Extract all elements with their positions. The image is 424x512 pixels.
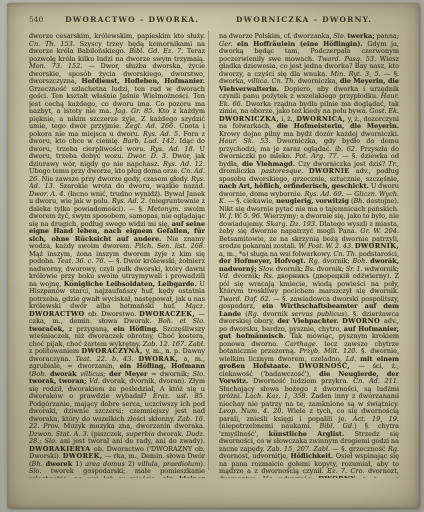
right-column-text: na dworze Polskim, cf. dworzanka, Slo. t… xyxy=(219,33,399,478)
left-column-text: dworze cesarskim, królewskim, papieskim … xyxy=(29,33,205,478)
page-number: 540 xyxy=(29,15,43,24)
running-head-left: 540 DWORACTWO – DWORKA. xyxy=(29,15,207,24)
page-content: 540 DWORACTWO – DWORKA. DWORNICZKA – DWO… xyxy=(7,3,419,508)
running-head: 540 DWORACTWO – DWORKA. DWORNICZKA – DWO… xyxy=(7,15,419,29)
text-run: DWORNY, xyxy=(318,475,362,479)
text-run: Hg. xyxy=(262,475,279,479)
running-title-left: DWORACTWO – DWORKA. xyxy=(57,15,207,24)
running-title-right: DWORNICZKA – DWORNY. xyxy=(213,15,395,24)
text-columns: dworze cesarskim, królewskim, papieskim … xyxy=(29,33,405,478)
text-run: udvariság. xyxy=(279,475,318,479)
